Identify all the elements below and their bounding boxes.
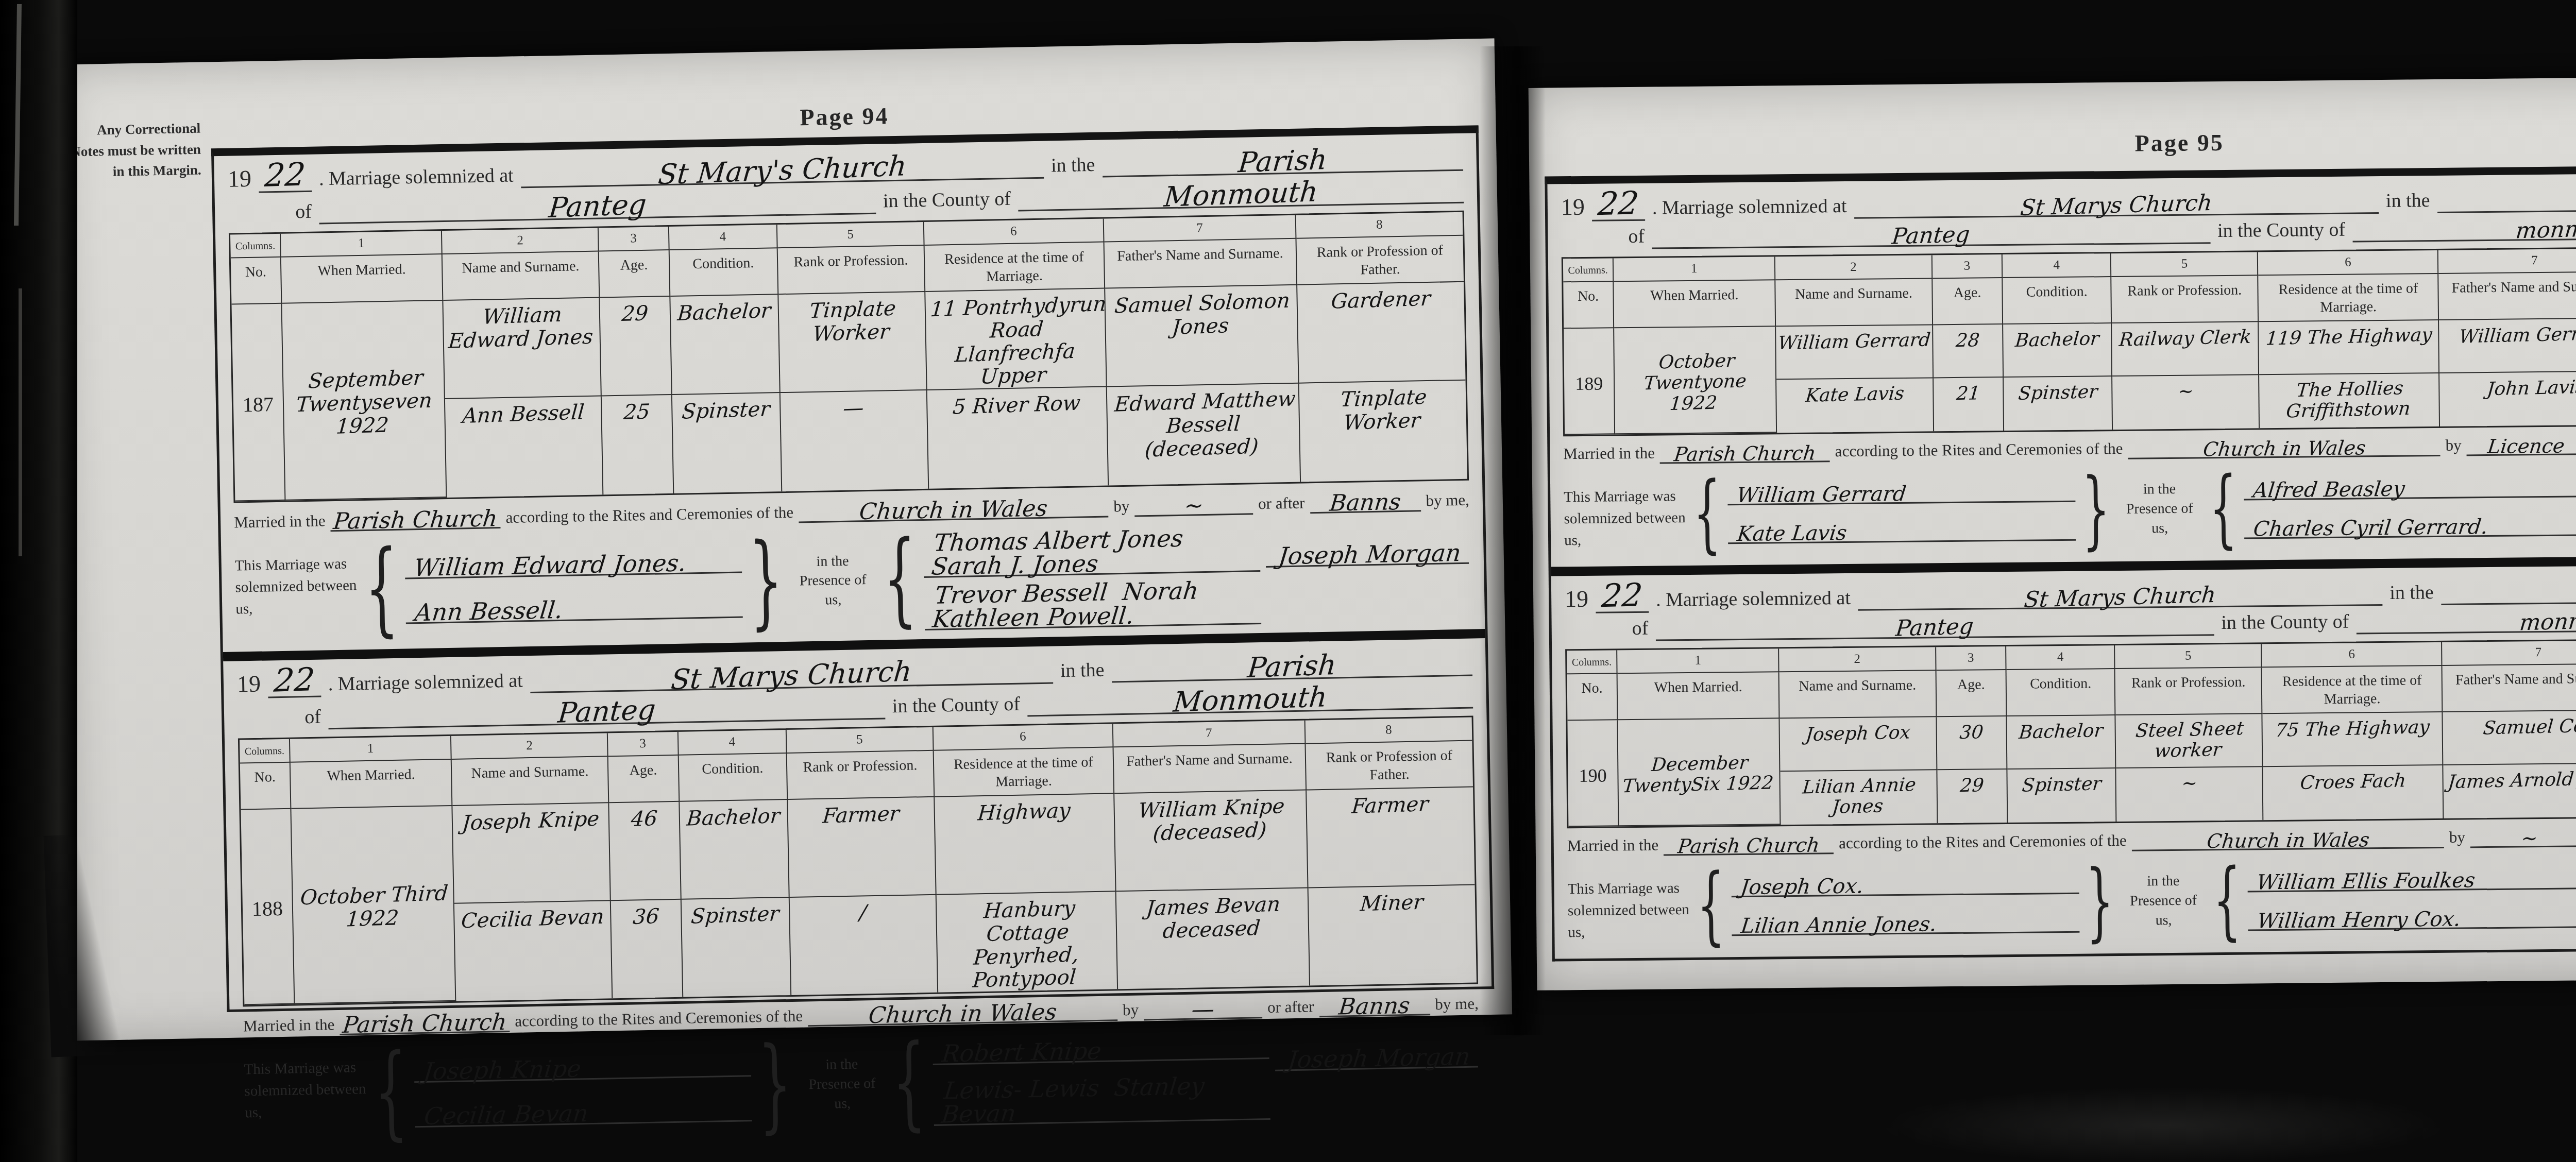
column-number-cell: 5 xyxy=(2115,644,2262,669)
witness-signatures: Thomas Albert Jones Sarah J. Jones Trevo… xyxy=(923,519,1261,633)
column-number-cell: 4 xyxy=(2003,253,2111,278)
bride-rank-cell: / xyxy=(790,895,938,995)
column-header-condition: Condition. xyxy=(679,754,788,802)
brace-close-glyph: } xyxy=(2086,859,2114,945)
register-table: Columns. 1 2 3 4 5 6 7 8 No. When Marrie… xyxy=(229,211,1469,503)
signature-block: This Marriage was solemnized between us,… xyxy=(244,1018,1481,1149)
column-header-father-rank: Rank or Profession of Father. xyxy=(1306,741,1473,791)
column-number-cell: 3 xyxy=(1936,646,2007,671)
printed-of: of xyxy=(1628,225,1645,248)
printed-married-in-the: Married in the xyxy=(1567,836,1659,856)
brace-open-glyph: { xyxy=(364,538,400,640)
column-header-when-married: When Married. xyxy=(1618,672,1780,720)
bride-father-rank-cell: Miner xyxy=(1309,885,1477,985)
column-number-cell: 1 xyxy=(281,231,443,258)
column-header-father: Father's Name and Surname. xyxy=(2443,664,2576,712)
presence-label: in the Presence of us, xyxy=(2116,480,2203,539)
when-married-cell: December TwentySix 1922 xyxy=(1618,719,1781,826)
witness-signature-1: Robert Knipe xyxy=(932,1033,1269,1065)
column-number-cell: 7 xyxy=(2442,640,2576,666)
couple-signatures: Joseph Knipe Cecilia Bevan xyxy=(414,1032,752,1146)
column-number-cell: 2 xyxy=(1775,255,1933,280)
groom-father-cell: William Gerrard xyxy=(2439,318,2576,373)
bride-condition-cell: Spinster xyxy=(2004,377,2113,431)
page-94: Page 94 Any Correctional Notes must be w… xyxy=(57,39,1512,1041)
brace-open-glyph: { xyxy=(373,1041,409,1143)
record-number-cell: 189 xyxy=(1564,328,1615,435)
handwritten-rites: Church in Wales xyxy=(2206,831,2370,850)
couple-signatures: Joseph Cox. Lilian Annie Jones. xyxy=(1731,856,2080,951)
bride-signature: Kate Lavis xyxy=(1727,517,2075,543)
handwritten-married-in: Parish Church xyxy=(1673,445,1817,464)
column-header-father: Father's Name and Surname. xyxy=(2439,272,2576,320)
bride-age-cell: 29 xyxy=(1937,770,2008,823)
column-header-when-married: When Married. xyxy=(281,254,444,304)
column-header-residence: Residence at the time of Marriage. xyxy=(2259,274,2439,322)
printed-by: by xyxy=(1113,497,1130,516)
groom-father-rank-cell: Farmer xyxy=(1307,788,1475,888)
brace-close-glyph: } xyxy=(757,1034,793,1137)
record-number-cell: 190 xyxy=(1567,720,1619,827)
bride-name-cell: Cecilia Bevan xyxy=(454,901,613,1001)
handwritten-parish-name: Panteg xyxy=(1891,225,1971,247)
groom-condition-cell: Bachelor xyxy=(680,800,790,899)
column-number-cell: 6 xyxy=(2258,250,2438,276)
brace-close-glyph: } xyxy=(748,531,784,633)
columns-label-cell: Columns. xyxy=(1563,258,1614,282)
column-number-cell: 2 xyxy=(451,733,608,760)
witness-signature-2: Lewis- Lewis Stanley Bevan xyxy=(933,1070,1270,1126)
groom-name-cell: Joseph Knipe xyxy=(453,804,611,904)
groom-name-cell: William Gerrard xyxy=(1776,325,1933,380)
groom-age-cell: 28 xyxy=(1933,324,2004,378)
signature-block: This Marriage was solemnized between us,… xyxy=(1564,457,2576,560)
printed-in-county-of: in the County of xyxy=(2221,610,2349,634)
bride-condition-cell: Spinster xyxy=(672,393,782,493)
handwritten-by-method: — xyxy=(1191,999,1215,1020)
record-number-cell: 187 xyxy=(231,304,285,502)
column-header-rank: Rank or Profession. xyxy=(787,751,935,800)
column-header-age: Age. xyxy=(608,756,680,803)
bride-residence-cell: The Hollies Griffithstown xyxy=(2260,373,2441,428)
column-header-no: No. xyxy=(231,258,282,305)
bride-residence-cell: Hanbury Cottage Penyrhed, Pontypool xyxy=(936,892,1118,993)
column-header-father: Father's Name and Surname. xyxy=(1104,239,1297,289)
register-scan: Page 94 Any Correctional Notes must be w… xyxy=(0,0,2576,1162)
column-header-name: Name and Surname. xyxy=(443,252,600,301)
column-number-cell: 8 xyxy=(1306,717,1472,744)
spine-shadow xyxy=(44,833,129,1057)
marriage-record-187: 1922 . Marriage solemnized at St Mary's … xyxy=(214,133,1485,652)
bride-father-cell: James Arnold Jones xyxy=(2444,763,2576,818)
bride-signature: Ann Bessell. xyxy=(405,592,742,624)
column-header-when-married: When Married. xyxy=(291,760,453,809)
printed-or-after: or after xyxy=(1258,494,1305,514)
column-number-cell: 3 xyxy=(1932,254,2003,279)
page-gutter-shadow xyxy=(1480,46,1546,1035)
when-married-cell: September Twentyseven 1922 xyxy=(282,301,447,501)
printed-of: of xyxy=(295,200,312,224)
officiant-signature: Joseph Morgan xyxy=(1265,538,1469,568)
handwritten-year: 22 xyxy=(1597,190,1640,216)
this-marriage-label: This Marriage was solemnized between us, xyxy=(234,536,359,646)
printed-in-the: in the xyxy=(1060,659,1105,682)
column-header-residence: Residence at the time of Marriage. xyxy=(924,243,1105,292)
register-table: Columns. 1 2 3 4 5 6 7 8 No. When Marrie… xyxy=(1565,637,2576,828)
groom-signature: Joseph Knipe xyxy=(414,1050,751,1083)
witness-signatures: Robert Knipe Lewis- Lewis Stanley Bevan xyxy=(932,1022,1270,1137)
column-number-cell: 1 xyxy=(1617,648,1779,674)
printed-according-clause: according to the Rites and Ceremonies of… xyxy=(1835,439,2123,460)
column-header-rank: Rank or Profession. xyxy=(2115,668,2263,715)
handwritten-parish-word: Parish xyxy=(1246,653,1337,681)
margin-note: Any Correctional Notes must be written i… xyxy=(65,118,201,183)
printed-year-prefix: 19 xyxy=(227,165,251,193)
printed-married-in-the: Married in the xyxy=(243,1015,335,1035)
bride-condition-cell: Spinster xyxy=(2008,768,2117,823)
printed-by: by xyxy=(2449,828,2465,847)
column-header-condition: Condition. xyxy=(669,248,778,297)
officiant-signature: Joseph Morgan xyxy=(1275,1041,1478,1071)
bride-condition-cell: Spinster xyxy=(681,898,791,997)
bride-residence-cell: Croes Fach xyxy=(2263,765,2444,820)
column-number-cell: 7 xyxy=(1104,215,1297,243)
groom-residence-cell: Highway xyxy=(935,794,1116,895)
couple-signatures: William Edward Jones. Ann Bessell. xyxy=(404,528,743,643)
printed-of: of xyxy=(1632,617,1649,640)
column-number-cell: 4 xyxy=(678,730,787,756)
handwritten-county-name: Monmouth xyxy=(1163,179,1318,210)
witness-signature-1: Alfred Beasley xyxy=(2244,474,2576,500)
brace-open-glyph: { xyxy=(891,1032,927,1134)
column-number-cell: 2 xyxy=(1779,647,1936,672)
presence-label: in the Presence of us, xyxy=(799,1054,886,1114)
columns-label-cell: Columns. xyxy=(240,739,291,764)
groom-signature: Joseph Cox. xyxy=(1731,871,2079,897)
this-marriage-label: This Marriage was solemnized between us, xyxy=(244,1039,368,1149)
officiant-signature-box: Joseph Morgan xyxy=(1263,515,1471,627)
handwritten-by-method: Licence xyxy=(2486,437,2565,456)
page-number-label: Page 95 xyxy=(1545,123,2576,163)
column-header-no: No. xyxy=(1563,282,1614,329)
officiant-signature-box: Joseph Morgan xyxy=(1273,1018,1481,1130)
register-form: 1922 . Marriage solemnized at St Mary's … xyxy=(211,125,1494,1012)
column-header-name: Name and Surname. xyxy=(1780,671,1937,719)
bride-rank-cell: — xyxy=(781,390,929,491)
groom-residence-cell: 11 Pontrhydyrun Road Llanfrechfa Upper xyxy=(925,289,1107,391)
marriage-record-190: 1922 . Marriage solemnized at St Marys C… xyxy=(1551,564,2576,959)
handwritten-married-in: Parish Church xyxy=(1677,836,1821,856)
printed-married-in-the: Married in the xyxy=(1563,444,1655,464)
bride-rank-cell: ~ xyxy=(2112,375,2260,430)
signature-block: This Marriage was solemnized between us,… xyxy=(1567,849,2576,952)
printed-in-the: in the xyxy=(2386,189,2430,212)
handwritten-county-name: monmouth xyxy=(2518,610,2576,633)
this-marriage-label: This Marriage was solemnized between us, xyxy=(1564,468,1687,560)
column-number-cell: 6 xyxy=(933,724,1113,751)
handwritten-county-name: Monmouth xyxy=(1172,685,1328,715)
register-table: Columns. 1 2 3 4 5 6 7 8 No. When Marrie… xyxy=(1562,245,2576,436)
groom-name-cell: Joseph Cox xyxy=(1780,717,1937,772)
witness-signature-1: Thomas Albert Jones Sarah J. Jones xyxy=(923,522,1260,578)
column-number-cell: 5 xyxy=(777,222,924,248)
bride-age-cell: 21 xyxy=(1934,378,2005,431)
groom-signature: William Edward Jones. xyxy=(405,547,742,579)
handwritten-church-name: St Mary's Church xyxy=(657,153,907,187)
handwritten-county-name: monmouth xyxy=(2515,218,2576,241)
printed-marriage-solemnized-at: . Marriage solemnized at xyxy=(328,670,523,696)
printed-by-me: by me, xyxy=(1435,994,1479,1014)
witness-signatures: Alfred Beasley Charles Cyril Gerrard. xyxy=(2244,459,2576,554)
printed-year-prefix: 19 xyxy=(236,670,261,698)
spine-highlight xyxy=(19,288,22,556)
column-header-when-married: When Married. xyxy=(1614,280,1776,328)
handwritten-rites: Church in Wales xyxy=(858,499,1048,522)
printed-marriage-solemnized-at: . Marriage solemnized at xyxy=(319,164,514,191)
column-number-cell: 5 xyxy=(787,727,934,754)
bride-age-cell: 25 xyxy=(602,395,674,495)
column-number-cell: 1 xyxy=(290,736,452,763)
column-number-cell: 6 xyxy=(2262,642,2443,668)
brace-open-glyph: { xyxy=(2213,858,2242,943)
scan-smudge xyxy=(1880,1087,2447,1162)
groom-father-rank-cell: Gardener xyxy=(1297,282,1465,384)
bride-name-cell: Kate Lavis xyxy=(1776,378,1934,433)
couple-signatures: William Gerrard Kate Lavis xyxy=(1727,464,2076,559)
printed-by-me: by me, xyxy=(1426,491,1469,510)
groom-rank-cell: Railway Clerk xyxy=(2112,322,2259,377)
witness-signature-2: Trevor Bessell Norah Kathleen Powell. xyxy=(924,574,1261,630)
column-number-cell: 7 xyxy=(1113,721,1306,748)
bride-name-cell: Ann Bessell xyxy=(445,397,603,498)
groom-rank-cell: Tinplate Worker xyxy=(778,292,927,393)
column-header-no: No. xyxy=(240,763,292,810)
bride-father-cell: John Lavis xyxy=(2439,371,2576,426)
handwritten-church-name: St Marys Church xyxy=(670,659,913,693)
handwritten-parish-name: Panteg xyxy=(557,697,657,726)
married-in-line: Married in the Parish Church according t… xyxy=(1567,824,2576,857)
handwritten-parish-word: Parish xyxy=(1237,147,1328,176)
marriage-record-189: 1922 . Marriage solemnized at St Marys C… xyxy=(1547,172,2576,567)
column-number-cell: 4 xyxy=(2006,645,2115,670)
handwritten-parish-name: Panteg xyxy=(1895,617,1975,639)
this-marriage-label: This Marriage was solemnized between us, xyxy=(1567,860,1691,952)
column-number-cell: 1 xyxy=(1614,257,1775,282)
handwritten-parish-name: Panteg xyxy=(548,192,648,220)
groom-father-cell: William Knipe (deceased) xyxy=(1114,791,1309,892)
groom-condition-cell: Bachelor xyxy=(670,295,781,395)
witness-signatures: William Ellis Foulkes William Henry Cox. xyxy=(2247,851,2576,946)
register-table: Columns. 1 2 3 4 5 6 7 8 No. When Marrie… xyxy=(238,716,1478,1006)
printed-by: by xyxy=(2445,436,2461,455)
bride-father-cell: Edward Matthew Bessell (deceased) xyxy=(1107,384,1301,486)
handwritten-or-after-value: Banns xyxy=(1329,492,1402,514)
column-number-cell: 8 xyxy=(1296,212,1463,239)
handwritten-year: 22 xyxy=(264,161,307,188)
groom-name-cell: William Edward Jones xyxy=(444,298,602,399)
handwritten-year: 22 xyxy=(1601,582,1643,608)
printed-marriage-solemnized-at: . Marriage solemnized at xyxy=(1652,195,1847,219)
bride-signature: Lilian Annie Jones. xyxy=(1732,909,2079,935)
handwritten-church-name: St Marys Church xyxy=(2020,193,2213,218)
printed-of: of xyxy=(304,706,321,729)
groom-signature: William Gerrard xyxy=(1727,479,2075,505)
married-in-line: Married in the Parish Church according t… xyxy=(1563,432,2576,465)
column-header-father-rank: Rank or Profession of Father. xyxy=(1296,236,1464,285)
groom-age-cell: 46 xyxy=(609,802,682,901)
handwritten-church-name: St Marys Church xyxy=(2023,585,2217,610)
column-header-residence: Residence at the time of Marriage. xyxy=(934,748,1114,797)
handwritten-rites: Church in Wales xyxy=(868,1002,1058,1026)
printed-marriage-solemnized-at: . Marriage solemnized at xyxy=(1656,587,1851,611)
column-header-age: Age. xyxy=(1936,670,2007,717)
printed-in-county-of: in the County of xyxy=(892,693,1021,718)
witness-signature-1: William Ellis Foulkes xyxy=(2247,866,2576,892)
column-number-cell: 7 xyxy=(2438,248,2576,274)
bride-signature: Cecilia Bevan xyxy=(415,1095,752,1127)
witness-signature-2: Charles Cyril Gerrard. xyxy=(2244,512,2576,539)
columns-label-cell: Columns. xyxy=(230,234,281,259)
column-header-rank: Rank or Profession. xyxy=(778,246,925,295)
bride-rank-cell: ~ xyxy=(2116,767,2264,822)
groom-rank-cell: Steel Sheet worker xyxy=(2116,714,2263,768)
column-number-cell: 3 xyxy=(608,732,679,757)
printed-in-the: in the xyxy=(2389,581,2434,604)
record-title-line: 1922 . Marriage solemnized at St Marys C… xyxy=(1565,571,2576,613)
bride-residence-cell: 5 River Row xyxy=(927,387,1109,489)
bride-name-cell: Lilian Annie Jones xyxy=(1781,770,1938,825)
printed-year-prefix: 19 xyxy=(1561,193,1585,220)
groom-rank-cell: Farmer xyxy=(788,797,936,897)
column-header-condition: Condition. xyxy=(2003,277,2112,324)
printed-year-prefix: 19 xyxy=(1565,585,1589,612)
handwritten-married-in: Parish Church xyxy=(332,509,498,533)
groom-age-cell: 30 xyxy=(1937,716,2008,770)
column-number-cell: 3 xyxy=(599,227,669,251)
record-title-line: 1922 . Marriage solemnized at St Marys C… xyxy=(1561,179,2576,221)
when-married-cell: October Twentyone 1922 xyxy=(1614,327,1777,434)
printed-by: by xyxy=(1123,1000,1139,1019)
groom-father-cell: Samuel Solomon Jones xyxy=(1105,285,1299,387)
printed-according-clause: according to the Rites and Ceremonies of… xyxy=(1839,831,2127,852)
column-header-residence: Residence at the time of Marriage. xyxy=(2262,666,2443,714)
marriage-record-188: 1922 . Marriage solemnized at St Marys C… xyxy=(223,638,1494,1155)
column-header-rank: Rank or Profession. xyxy=(2111,276,2259,323)
groom-residence-cell: 75 The Highway xyxy=(2263,712,2444,767)
brace-open-glyph: { xyxy=(1697,863,1725,948)
brace-close-glyph: } xyxy=(2081,467,2110,553)
handwritten-or-after-value: Banns xyxy=(1338,996,1411,1017)
column-header-no: No. xyxy=(1567,674,1618,721)
brace-open-glyph: { xyxy=(2209,466,2238,551)
handwritten-by-method: ~ xyxy=(1183,495,1205,516)
column-header-condition: Condition. xyxy=(2007,669,2116,716)
register-form: 1922 . Marriage solemnized at St Marys C… xyxy=(1545,164,2576,962)
printed-in-the: in the xyxy=(1051,153,1095,177)
column-header-age: Age. xyxy=(599,250,670,298)
groom-condition-cell: Bachelor xyxy=(2007,715,2116,770)
witness-signature-2: William Henry Cox. xyxy=(2248,904,2576,931)
brace-open-glyph: { xyxy=(1693,471,1722,556)
printed-married-in-the: Married in the xyxy=(234,512,326,532)
column-number-cell: 4 xyxy=(669,225,777,250)
column-header-name: Name and Surname. xyxy=(1776,279,1933,327)
handwritten-rites: Church in Wales xyxy=(2202,439,2366,458)
groom-condition-cell: Bachelor xyxy=(2003,323,2112,378)
printed-or-after: or after xyxy=(1267,997,1314,1017)
brace-open-glyph: { xyxy=(883,528,918,631)
printed-in-county-of: in the County of xyxy=(2217,218,2345,242)
handwritten-year: 22 xyxy=(273,667,316,694)
groom-residence-cell: 119 The Highway xyxy=(2259,320,2440,375)
column-header-father: Father's Name and Surname. xyxy=(1113,744,1307,794)
handwritten-by-method: ~ xyxy=(2520,829,2539,847)
signature-block: This Marriage was solemnized between us,… xyxy=(234,515,1471,646)
handwritten-married-in: Parish Church xyxy=(342,1012,507,1036)
presence-label: in the Presence of us, xyxy=(789,551,877,610)
when-married-cell: October Third 1922 xyxy=(291,806,456,1004)
groom-father-cell: Samuel Cox xyxy=(2443,710,2576,765)
column-header-name: Name and Surname. xyxy=(452,757,609,807)
printed-in-county-of: in the County of xyxy=(883,187,1011,213)
page-95: Page 95 Any Correctional Notes must be w… xyxy=(1529,75,2576,990)
column-number-cell: 6 xyxy=(924,219,1104,246)
columns-label-cell: Columns. xyxy=(1567,650,1618,674)
groom-age-cell: 29 xyxy=(600,297,672,397)
bride-father-cell: James Bevan deceased xyxy=(1116,888,1311,989)
column-number-cell: 2 xyxy=(442,228,599,255)
bride-age-cell: 36 xyxy=(611,899,683,998)
presence-label: in the Presence of us, xyxy=(2120,871,2207,931)
record-number-cell: 188 xyxy=(241,809,295,1005)
column-number-cell: 5 xyxy=(2111,252,2259,277)
column-header-age: Age. xyxy=(1933,278,2003,325)
bride-father-rank-cell: Tinplate Worker xyxy=(1299,381,1467,482)
